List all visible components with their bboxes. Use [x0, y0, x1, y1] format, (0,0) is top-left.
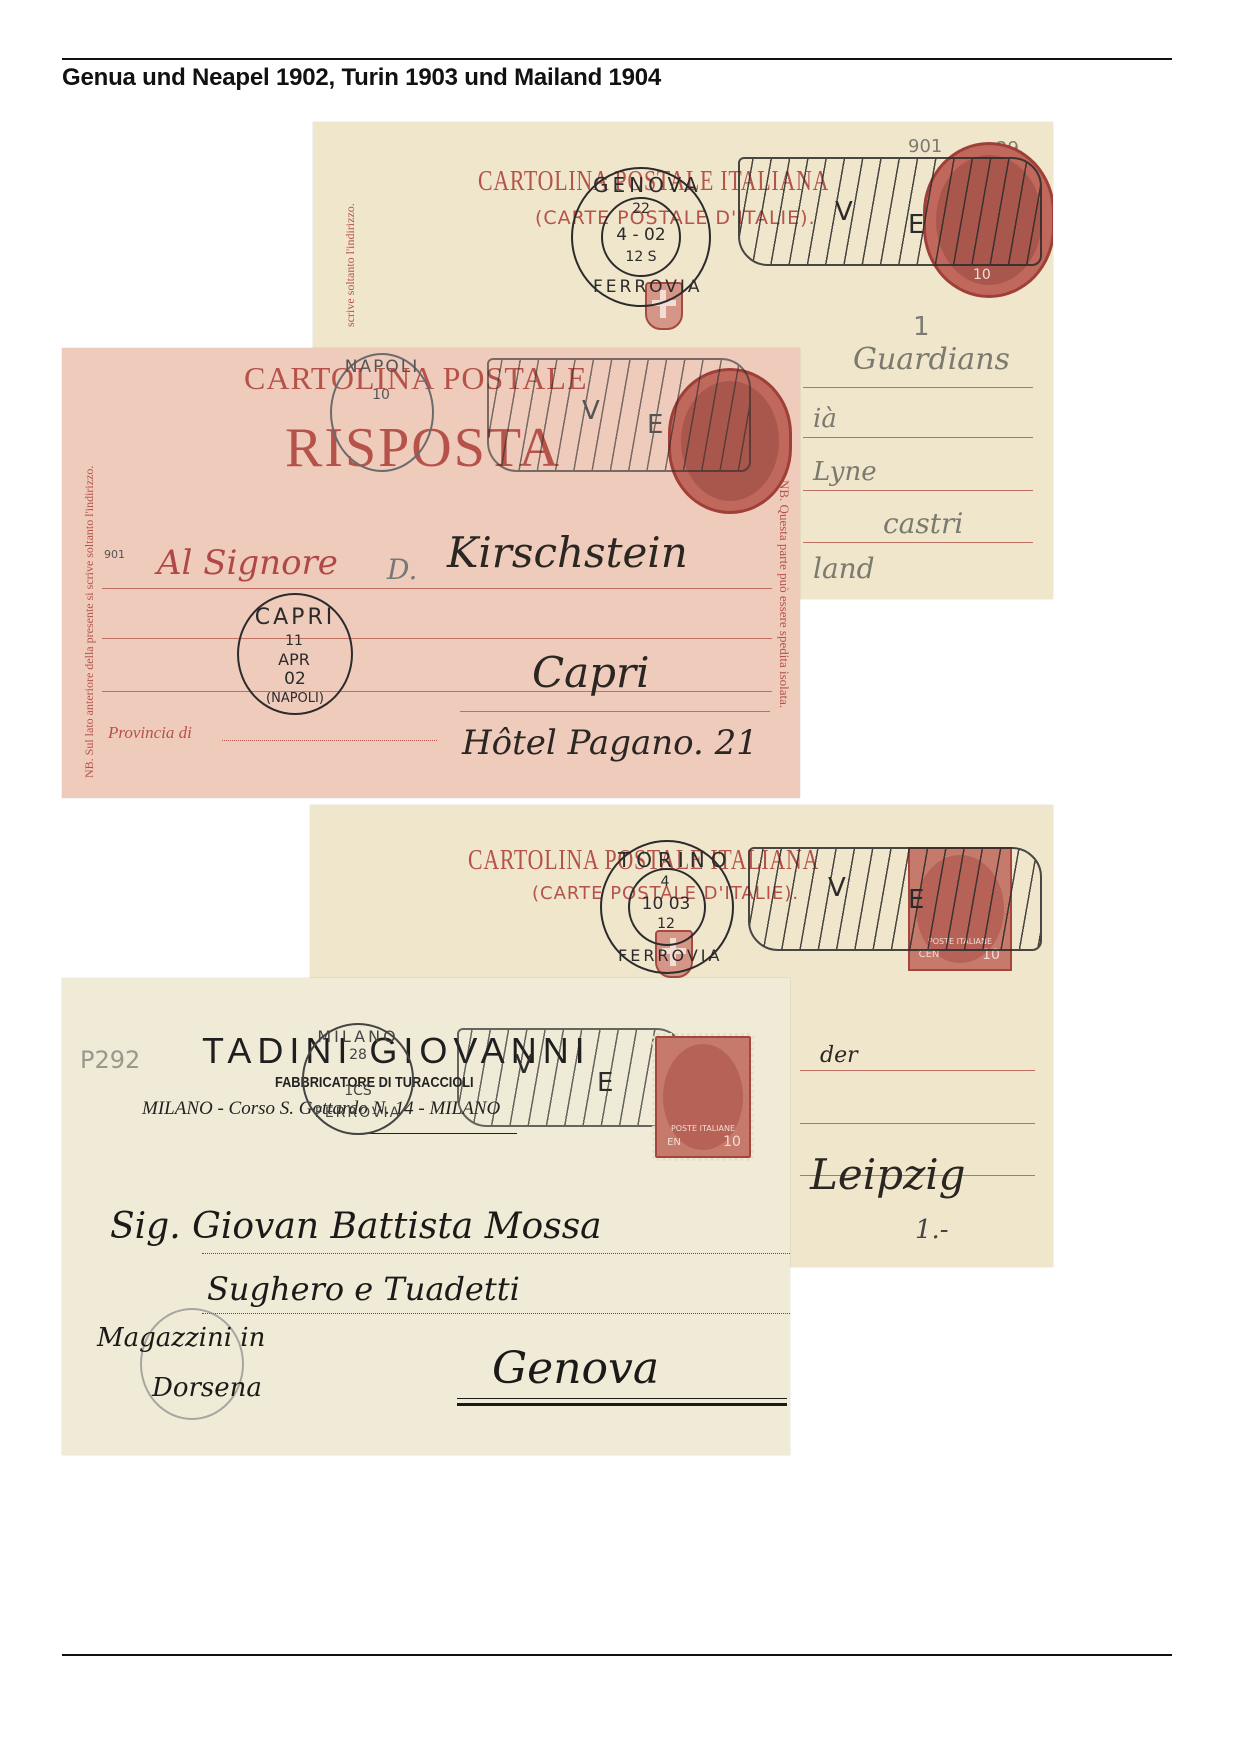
pencil-note-p292: P292: [80, 1046, 140, 1074]
postmark-milano: MILANO 28 1CS FERROVIA: [302, 1023, 414, 1135]
flag-cancel: [487, 358, 751, 472]
postcard-capri-1902: NB. Sul lato anteriore della presente si…: [62, 348, 800, 798]
handwriting-line-4: castri: [883, 507, 963, 540]
card-number: 901: [104, 548, 125, 561]
handwriting-business: Sughero e Tuadetti: [207, 1270, 520, 1308]
adhesive-stamp: POSTE ITALIANE EN 10: [655, 1036, 751, 1158]
flag-letter-e: E: [647, 410, 663, 440]
handwriting-hotel: Hôtel Pagano. 21: [462, 723, 758, 763]
handwriting-darsena: Dorsena: [152, 1373, 262, 1403]
provincia-label: Provincia di: [108, 723, 192, 743]
handwriting-salutation: Al Signore: [157, 543, 338, 583]
handwriting-title: D.: [387, 553, 417, 586]
handwriting-city: Leipzig: [810, 1150, 966, 1199]
pencil-note-901: 901: [908, 136, 942, 157]
flag-letter-v: V: [582, 396, 600, 426]
postmark-capri: CAPRI 11 APR 02 (NAPOLI): [237, 593, 353, 715]
handwriting-name: Kirschstein: [447, 528, 688, 577]
flag-letter-e: E: [597, 1068, 613, 1098]
postmark-napoli: NAPOLI 10: [330, 353, 434, 472]
card-side-text: scrive soltanto l'indirizzo.: [343, 203, 358, 327]
handwriting-line-3: Lyne: [813, 457, 877, 487]
flag-cancel: [457, 1028, 686, 1127]
pencil-note-1: 1: [913, 312, 930, 342]
handwriting-recipient: Sig. Giovan Battista Mossa: [110, 1206, 602, 1247]
page-title: Genua und Neapel 1902, Turin 1903 und Ma…: [62, 64, 661, 92]
handwriting-warehouse: Magazzini in: [97, 1323, 265, 1353]
card-side-text-left: NB. Sul lato anteriore della presente si…: [82, 466, 97, 778]
handwriting-line-2: ià: [813, 404, 837, 434]
handwriting-line-1: der: [820, 1043, 858, 1068]
flag-cancel: [748, 847, 1042, 951]
postmark-genova: GENOVA 22 4 - 02 12 S FERROVIA: [571, 167, 711, 307]
card-side-text-right: NB. Questa parte può essere spedita isol…: [776, 480, 792, 708]
postcard-milano-1904: P292 TADINI GIOVANNI FABBRICATORE DI TUR…: [62, 978, 790, 1455]
flag-letter-v: V: [828, 873, 846, 903]
flag-letter-e: E: [908, 210, 924, 240]
bottom-rule: [62, 1654, 1172, 1656]
flag-cancel: [738, 157, 1042, 266]
flag-letter-e: E: [908, 885, 924, 915]
handwriting-city: Genova: [492, 1343, 659, 1394]
stamp-value: 10: [973, 267, 991, 283]
handwriting-line-5: land: [813, 552, 875, 585]
top-rule: [62, 58, 1172, 60]
handwriting-price: 1.-: [915, 1215, 949, 1245]
postmark-torino: TORINO 4 10 03 12 FERROVIA: [600, 840, 734, 974]
handwriting-line-1: Guardians: [853, 342, 1010, 377]
handwriting-city: Capri: [532, 648, 650, 697]
flag-letter-v: V: [835, 197, 853, 227]
flag-letter-v: V: [515, 1050, 533, 1080]
